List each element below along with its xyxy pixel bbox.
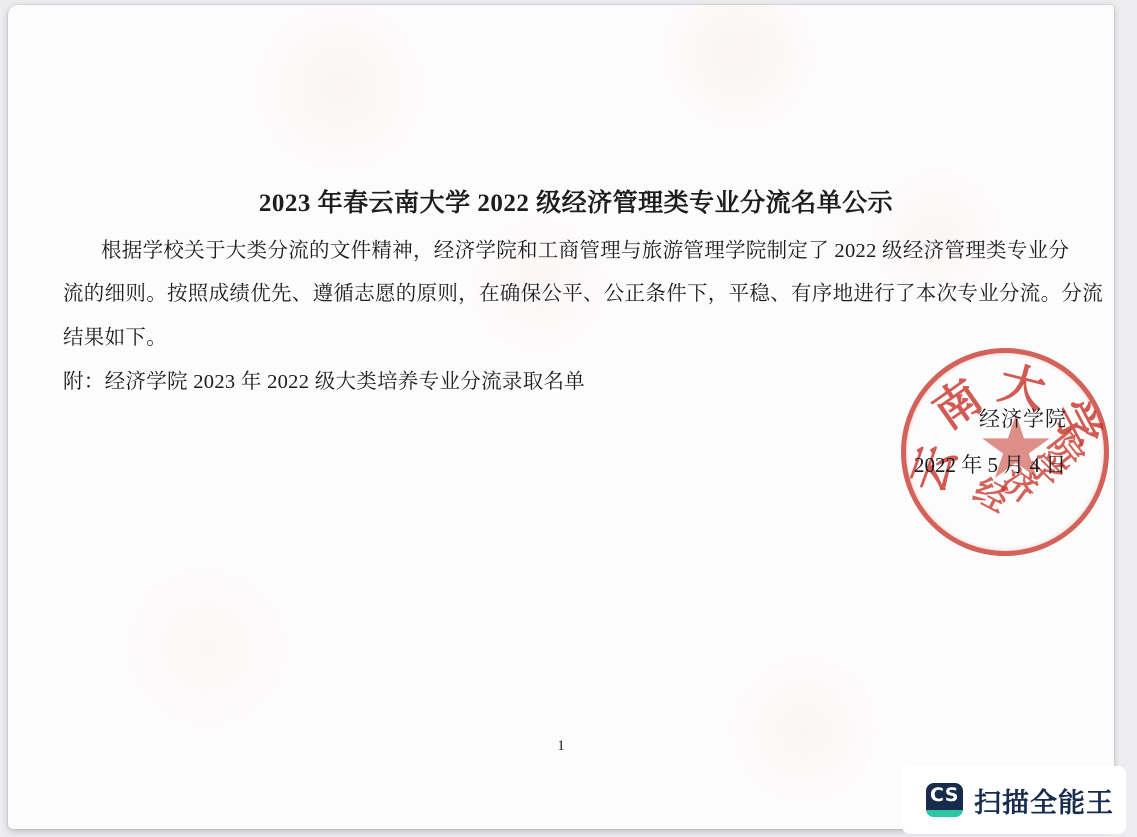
body-paragraph-line: 根据学校关于大类分流的文件精神，经济学院和工商管理与旅游管理学院制定了 2022…: [63, 233, 1069, 263]
seal-bottom-char: 经: [968, 475, 1013, 520]
page-number: 1: [8, 738, 1114, 755]
body-paragraph-line: 结果如下。: [63, 320, 167, 350]
camscanner-cs-monogram: CS: [926, 784, 963, 806]
camscanner-logo-teal-bar: [926, 810, 963, 817]
signature-organization: 经济学院: [979, 403, 1067, 433]
document-title: 2023 年春云南大学 2022 级经济管理类专业分流名单公示: [38, 183, 1114, 219]
body-paragraph-line: 流的细则。按照成绩优先、遵循志愿的原则，在确保公平、公正条件下，平稳、有序地进行…: [63, 276, 1103, 306]
camscanner-logo-icon: CS: [926, 783, 963, 817]
signature-date: 2022 年 5 月 4 日: [914, 449, 1066, 479]
camscanner-watermark: CS 扫描全能王: [902, 766, 1126, 834]
attachment-line: 附：经济学院 2023 年 2022 级大类培养专业分流录取名单: [63, 364, 585, 394]
camscanner-app-name: 扫描全能王: [974, 781, 1114, 820]
document-page: 2023 年春云南大学 2022 级经济管理类专业分流名单公示 根据学校关于大类…: [8, 5, 1114, 829]
scan-backdrop: 2023 年春云南大学 2022 级经济管理类专业分流名单公示 根据学校关于大类…: [0, 0, 1137, 837]
